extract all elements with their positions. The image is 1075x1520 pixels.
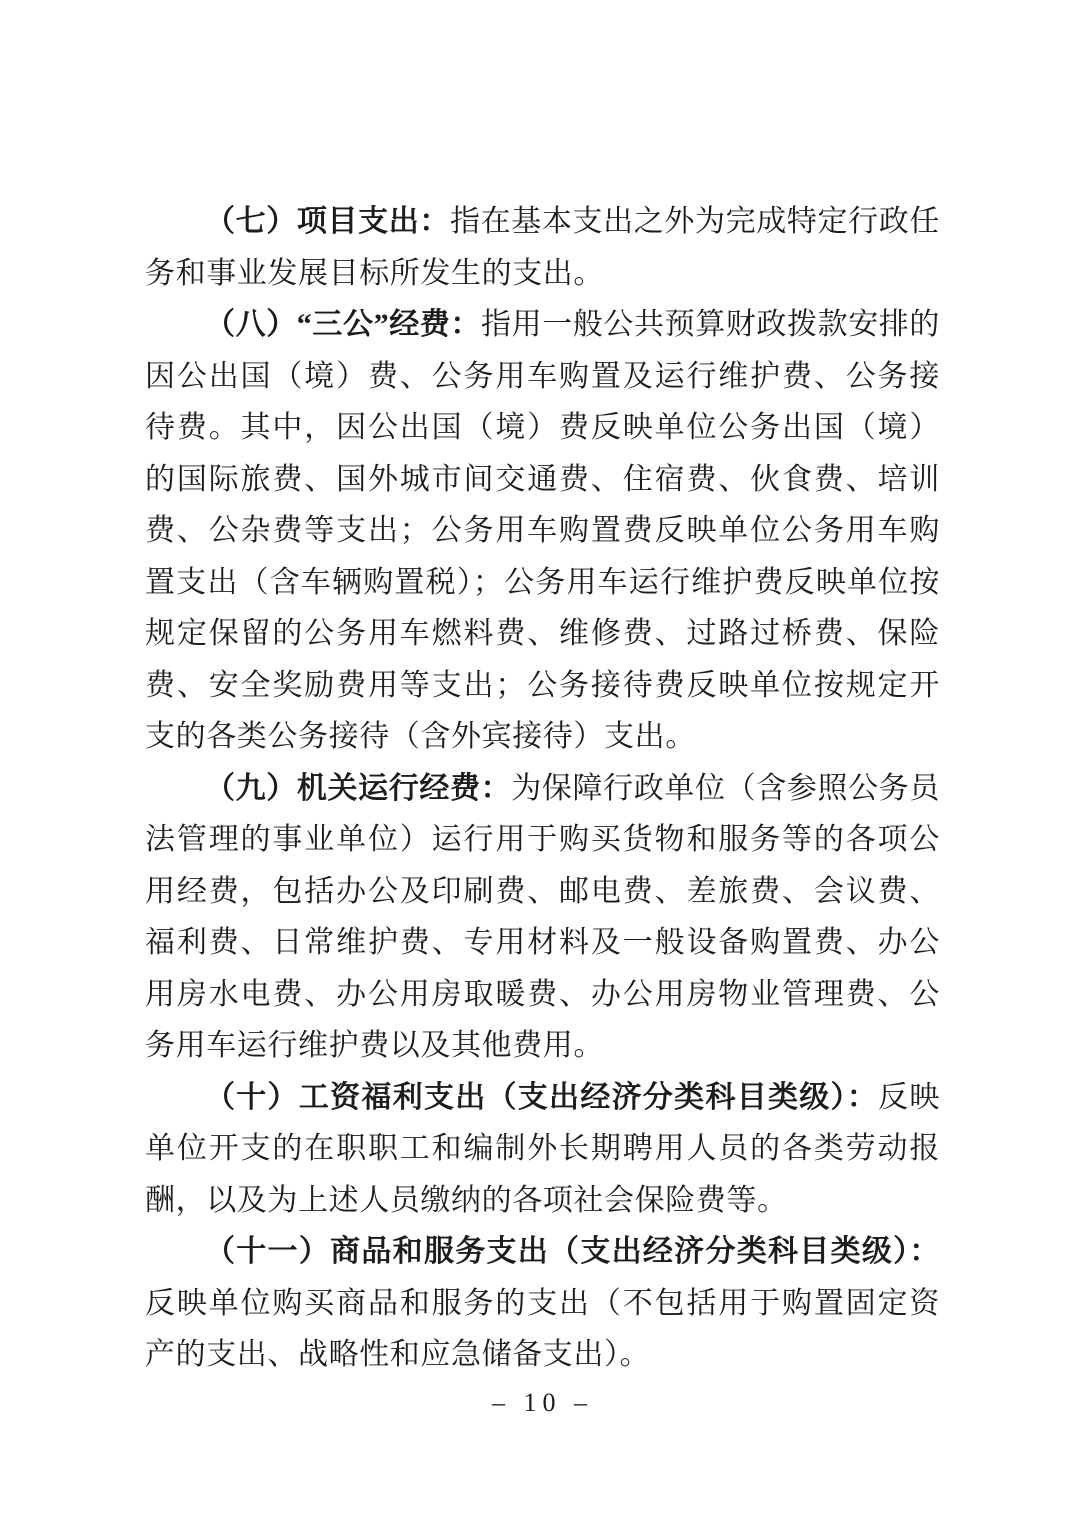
document-body: （七）项目支出：指在基本支出之外为完成特定行政任务和事业发展目标所发生的支出。 … — [145, 196, 940, 1381]
paragraph-head: （十一）商品和服务支出（支出经济分类科目类级）： — [205, 1235, 940, 1268]
paragraph-goods-services-expenditure: （十一）商品和服务支出（支出经济分类科目类级）：反映单位购买商品和服务的支出（不… — [145, 1226, 940, 1381]
paragraph-head: （七）项目支出： — [205, 205, 450, 238]
paragraph-three-public-funds: （八）“三公”经费：指用一般公共预算财政拨款安排的因公出国（境）费、公务用车购置… — [145, 299, 940, 763]
paragraph-text: 指用一般公共预算财政拨款安排的因公出国（境）费、公务用车购置及运行维护费、公务接… — [145, 308, 940, 753]
paragraph-agency-operating-funds: （九）机关运行经费：为保障行政单位（含参照公务员法管理的事业单位）运行用于购买货… — [145, 763, 940, 1072]
paragraph-head: （八）“三公”经费： — [205, 308, 481, 341]
document-page: （七）项目支出：指在基本支出之外为完成特定行政任务和事业发展目标所发生的支出。 … — [0, 0, 1075, 1520]
page-number: – 10 – — [492, 1388, 593, 1417]
paragraph-head: （九）机关运行经费： — [205, 772, 511, 805]
paragraph-salary-welfare-expenditure: （十）工资福利支出（支出经济分类科目类级）：反映单位开支的在职职工和编制外长期聘… — [145, 1072, 940, 1227]
paragraph-text: 为保障行政单位（含参照公务员法管理的事业单位）运行用于购买货物和服务等的各项公用… — [145, 772, 940, 1063]
page-footer: – 10 – — [145, 1388, 940, 1418]
paragraph-item-expenditure: （七）项目支出：指在基本支出之外为完成特定行政任务和事业发展目标所发生的支出。 — [145, 196, 940, 299]
paragraph-head: （十）工资福利支出（支出经济分类科目类级）： — [205, 1081, 878, 1114]
paragraph-text: 反映单位购买商品和服务的支出（不包括用于购置固定资产的支出、战略性和应急储备支出… — [145, 1287, 940, 1372]
